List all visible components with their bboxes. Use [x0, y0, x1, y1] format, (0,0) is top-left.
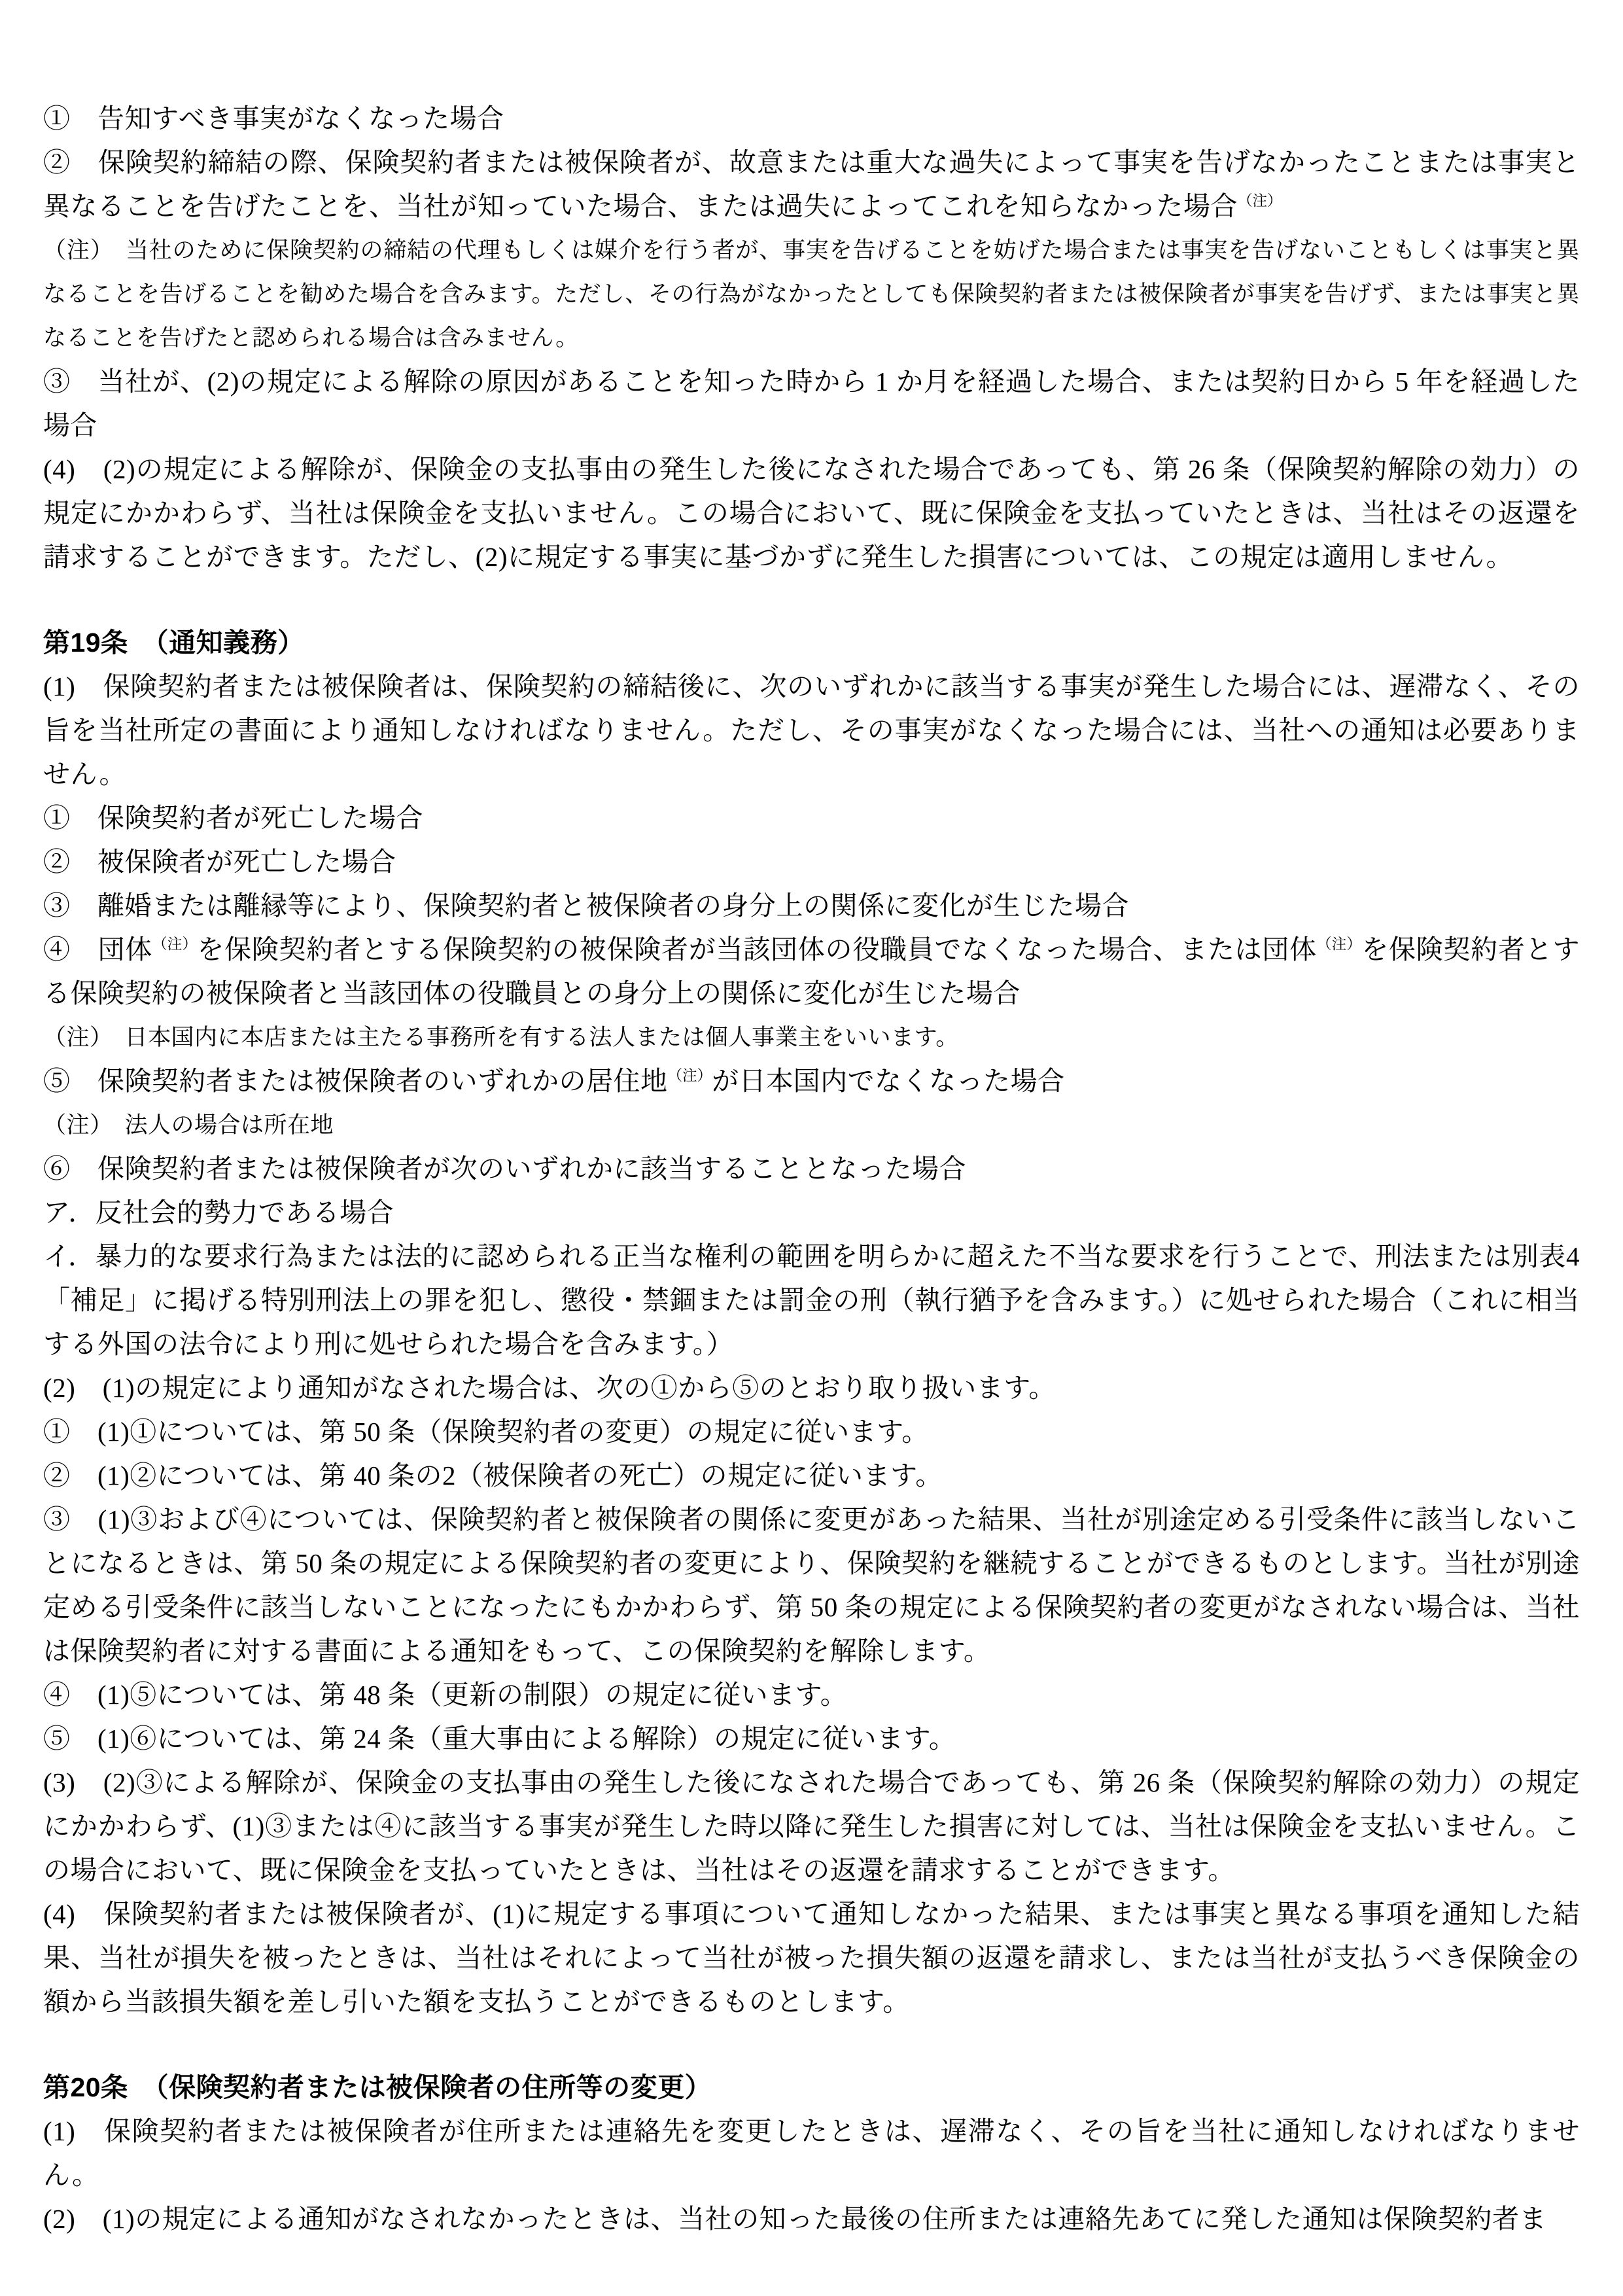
- note-reference-superscript: （注）: [668, 1067, 712, 1084]
- paragraph: ③ (1)③および④については、保険契約者と被保険者の関係に変更があった結果、当…: [43, 1498, 1580, 1673]
- text-run: (4) 保険契約者または被保険者が、(1)に規定する事項について通知しなかった結…: [43, 1899, 1580, 2017]
- text-run: （注） 法人の場合は所在地: [43, 1112, 334, 1138]
- paragraph: ③ 離婚または離縁等により、保険契約者と被保険者の身分上の関係に変化が生じた場合: [43, 884, 1580, 928]
- section-heading: 第19条 （通知義務）: [43, 621, 1580, 665]
- text-run: (4) (2)の規定による解除が、保険金の支払事由の発生した後になされた場合であ…: [43, 454, 1580, 572]
- note-paragraph: （注） 当社のために保険契約の締結の代理もしくは媒介を行う者が、事実を告げること…: [43, 228, 1580, 360]
- paragraph: イ．暴力的な要求行為または法的に認められる正当な権利の範囲を明らかに超えた不当な…: [43, 1235, 1580, 1366]
- paragraph: ア．反社会的勢力である場合: [43, 1191, 1580, 1235]
- note-reference-superscript: （注）: [1317, 936, 1361, 952]
- text-run: ④ 団体: [43, 934, 152, 964]
- paragraph: ⑤ 保険契約者または被保険者のいずれかの居住地（注）が日本国内でなくなった場合: [43, 1059, 1580, 1103]
- text-run: ア．反社会的勢力である場合: [43, 1197, 394, 1227]
- text-run: ② 被保険者が死亡した場合: [43, 847, 396, 877]
- text-run: ④ (1)⑤については、第 48 条（更新の制限）の規定に従います。: [43, 1680, 847, 1710]
- paragraph: (4) 保険契約者または被保険者が、(1)に規定する事項について通知しなかった結…: [43, 1892, 1580, 2024]
- paragraph: ⑥ 保険契約者または被保険者が次のいずれかに該当することとなった場合: [43, 1147, 1580, 1191]
- text-run: (2) (1)の規定による通知がなされなかったときは、当社の知った最後の住所また…: [43, 2204, 1546, 2234]
- text-run: (1) 保険契約者または被保険者が住所または連絡先を変更したときは、遅滞なく、そ…: [43, 2116, 1580, 2190]
- text-run: イ．暴力的な要求行為または法的に認められる正当な権利の範囲を明らかに超えた不当な…: [43, 1241, 1580, 1359]
- paragraph: (2) (1)の規定により通知がなされた場合は、次の①から⑤のとおり取り扱います…: [43, 1366, 1580, 1410]
- paragraph: ① 保険契約者が死亡した場合: [43, 796, 1580, 840]
- note-paragraph: （注） 日本国内に本店または主たる事務所を有する法人または個人事業主をいいます。: [43, 1016, 1580, 1059]
- text-run: 第19条 （通知義務）: [43, 627, 305, 658]
- text-run: 第20条 （保険契約者または被保険者の住所等の変更）: [43, 2072, 712, 2102]
- note-reference-superscript: （注）: [1238, 192, 1282, 209]
- text-run: が日本国内でなくなった場合: [712, 1066, 1065, 1096]
- paragraph: ④ 団体（注）を保険契約者とする保険契約の被保険者が当該団体の役職員でなくなった…: [43, 928, 1580, 1016]
- paragraph: ① 告知すべき事実がなくなった場合: [43, 97, 1580, 141]
- note-reference-superscript: （注）: [152, 936, 197, 952]
- paragraph: ② 保険契約締結の際、保険契約者または被保険者が、故意または重大な過失によって事…: [43, 141, 1580, 228]
- note-paragraph: （注） 法人の場合は所在地: [43, 1103, 1580, 1147]
- text-run: ③ (1)③および④については、保険契約者と被保険者の関係に変更があった結果、当…: [43, 1504, 1580, 1666]
- text-run: ① 告知すべき事実がなくなった場合: [43, 103, 504, 133]
- document-body: ① 告知すべき事実がなくなった場合② 保険契約締結の際、保険契約者または被保険者…: [43, 97, 1580, 2241]
- text-run: ② 保険契約締結の際、保険契約者または被保険者が、故意または重大な過失によって事…: [43, 147, 1580, 221]
- paragraph: (3) (2)③による解除が、保険金の支払事由の発生した後になされた場合であって…: [43, 1761, 1580, 1892]
- text-run: ③ 離婚または離縁等により、保険契約者と被保険者の身分上の関係に変化が生じた場合: [43, 891, 1129, 921]
- paragraph: ⑤ (1)⑥については、第 24 条（重大事由による解除）の規定に従います。: [43, 1717, 1580, 1761]
- document-page: ① 告知すべき事実がなくなった場合② 保険契約締結の際、保険契約者または被保険者…: [0, 0, 1623, 2296]
- text-run: (1) 保険契約者または被保険者は、保険契約の締結後に、次のいずれかに該当する事…: [43, 671, 1580, 789]
- text-run: ⑥ 保険契約者または被保険者が次のいずれかに該当することとなった場合: [43, 1154, 966, 1184]
- paragraph: ② 被保険者が死亡した場合: [43, 840, 1580, 884]
- text-run: (3) (2)③による解除が、保険金の支払事由の発生した後になされた場合であって…: [43, 1767, 1580, 1885]
- paragraph: (1) 保険契約者または被保険者が住所または連絡先を変更したときは、遅滞なく、そ…: [43, 2110, 1580, 2197]
- text-run: ② (1)②については、第 40 条の2（被保険者の死亡）の規定に従います。: [43, 1460, 943, 1491]
- text-run: を保険契約者とする保険契約の被保険者が当該団体の役職員でなくなった場合、または団…: [197, 934, 1317, 964]
- text-run: （注） 日本国内に本店または主たる事務所を有する法人または個人事業主をいいます。: [43, 1025, 959, 1050]
- paragraph: (1) 保険契約者または被保険者は、保険契約の締結後に、次のいずれかに該当する事…: [43, 665, 1580, 796]
- text-run: ⑤ 保険契約者または被保険者のいずれかの居住地: [43, 1066, 668, 1096]
- paragraph: ③ 当社が、(2)の規定による解除の原因があることを知った時から 1 か月を経過…: [43, 360, 1580, 448]
- text-run: ① (1)①については、第 50 条（保険契約者の変更）の規定に従います。: [43, 1417, 929, 1447]
- paragraph: ④ (1)⑤については、第 48 条（更新の制限）の規定に従います。: [43, 1673, 1580, 1717]
- text-run: (2) (1)の規定により通知がなされた場合は、次の①から⑤のとおり取り扱います…: [43, 1373, 1056, 1403]
- paragraph: ② (1)②については、第 40 条の2（被保険者の死亡）の規定に従います。: [43, 1454, 1580, 1498]
- text-run: ⑤ (1)⑥については、第 24 条（重大事由による解除）の規定に従います。: [43, 1723, 956, 1754]
- text-run: ③ 当社が、(2)の規定による解除の原因があることを知った時から 1 か月を経過…: [43, 366, 1580, 440]
- text-run: ① 保険契約者が死亡した場合: [43, 803, 423, 833]
- paragraph: (2) (1)の規定による通知がなされなかったときは、当社の知った最後の住所また…: [43, 2197, 1580, 2241]
- section-heading: 第20条 （保険契約者または被保険者の住所等の変更）: [43, 2066, 1580, 2110]
- paragraph: (4) (2)の規定による解除が、保険金の支払事由の発生した後になされた場合であ…: [43, 448, 1580, 579]
- paragraph: ① (1)①については、第 50 条（保険契約者の変更）の規定に従います。: [43, 1410, 1580, 1454]
- text-run: （注） 当社のために保険契約の締結の代理もしくは媒介を行う者が、事実を告げること…: [43, 238, 1580, 351]
